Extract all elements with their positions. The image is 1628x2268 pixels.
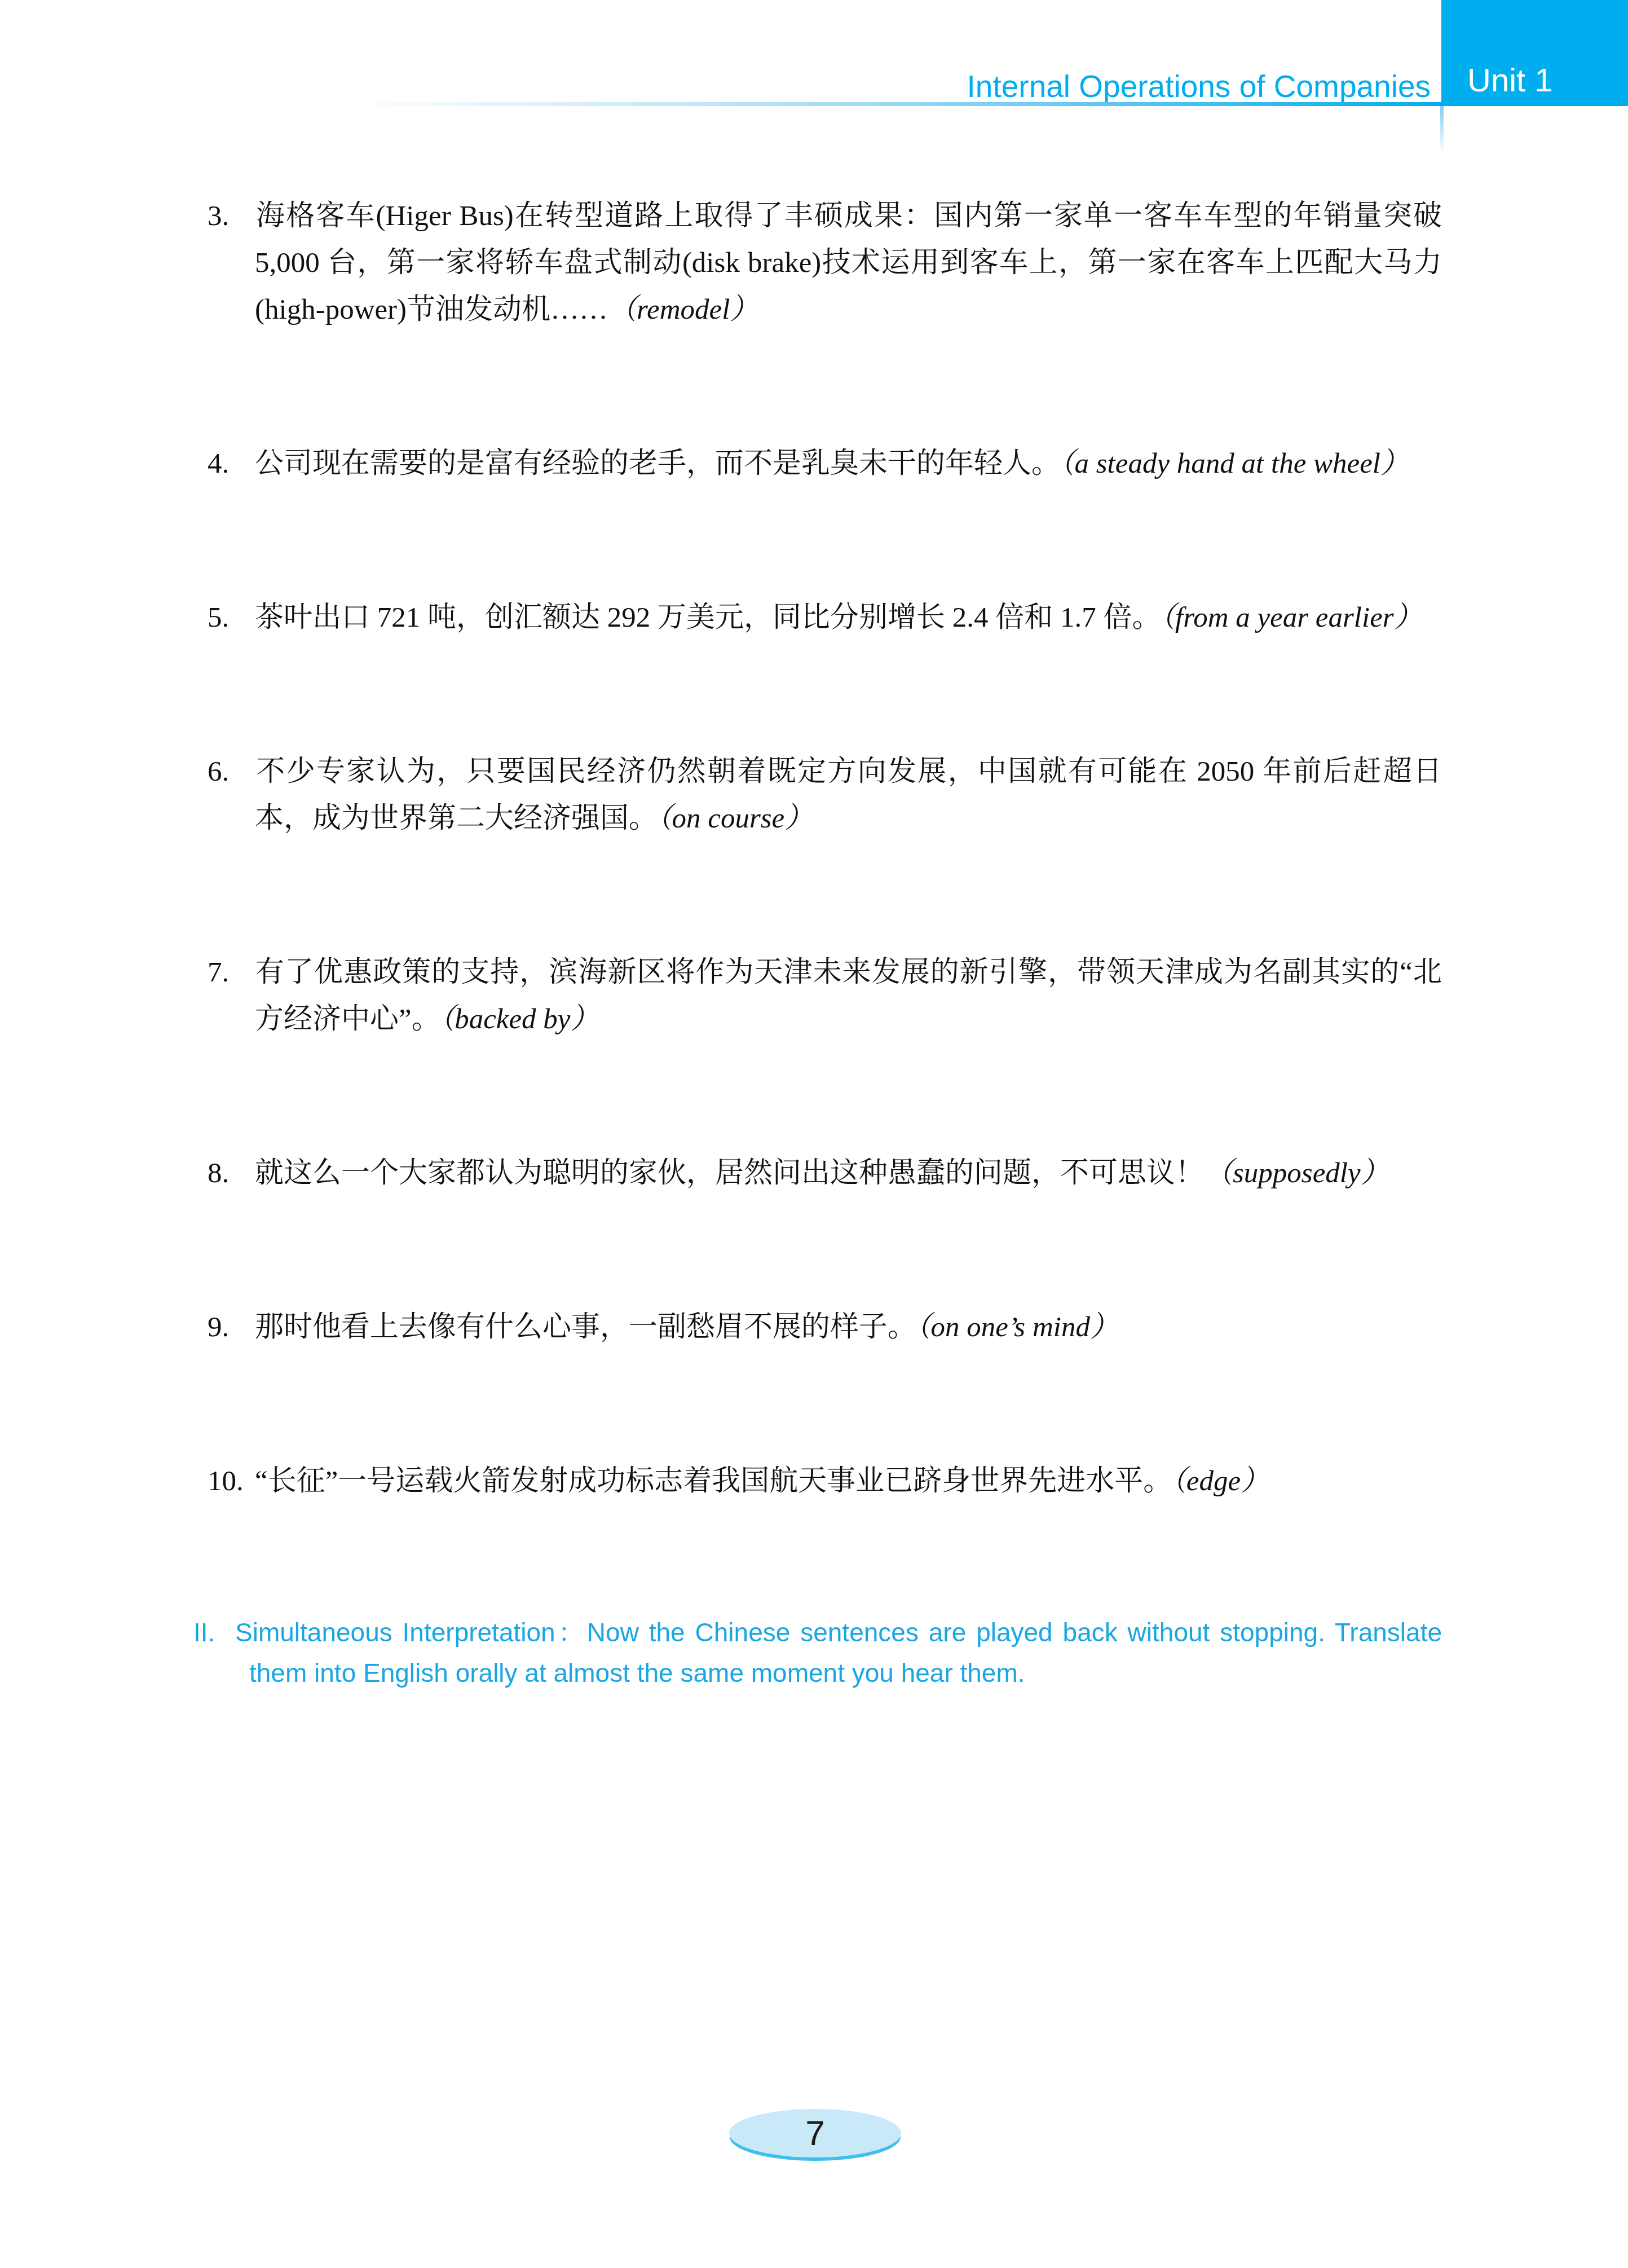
section-ii-instruction: II.Simultaneous Interpretation：Now the C… — [193, 1612, 1442, 1693]
item-number: 3. — [208, 193, 255, 240]
item-chinese-text: 茶叶出口 721 吨，创汇额达 292 万美元，同比分别增长 2.4 倍和 1.… — [255, 602, 1161, 633]
page-header-title: Internal Operations of Companies — [0, 71, 1431, 102]
exercise-item: 6.不少专家认为，只要国民经济仍然朝着既定方向发展，中国就有可能在 2050 年… — [208, 748, 1442, 842]
unit-tab-tail-line — [1440, 106, 1444, 154]
exercise-item-list: 3.海格客车(Higer Bus)在转型道路上取得了丰硕成果：国内第一家单一客车… — [208, 193, 1442, 1505]
item-english-hint: （from a year earlier） — [1161, 602, 1423, 633]
item-chinese-text: 不少专家认为，只要国民经济仍然朝着既定方向发展，中国就有可能在 2050 年前后… — [255, 756, 1442, 834]
item-chinese-text: 海格客车(Higer Bus)在转型道路上取得了丰硕成果：国内第一家单一客车车型… — [255, 200, 1442, 325]
item-english-hint: （on course） — [658, 803, 813, 834]
textbook-page: Internal Operations of Companies Unit 1 … — [0, 0, 1628, 2268]
exercise-item: 8.就这么一个大家都认为聪明的家伙，居然问出这种愚蠢的问题，不可思议！（supp… — [208, 1150, 1442, 1197]
item-chinese-text: 有了优惠政策的支持，滨海新区将作为天津未来发展的新引擎，带领天津成为名副其实的“… — [255, 957, 1442, 1035]
item-number: 7. — [208, 949, 255, 996]
exercise-item: 5.茶叶出口 721 吨，创汇额达 292 万美元，同比分别增长 2.4 倍和 … — [208, 594, 1442, 641]
item-number: 10. — [208, 1458, 255, 1505]
item-english-hint: （backed by） — [440, 1003, 599, 1035]
section-ii-text: Simultaneous Interpretation：Now the Chin… — [235, 1618, 1442, 1688]
exercise-item: 9.那时他看上去像有什么心事，一副愁眉不展的样子。（on one’s mind） — [208, 1304, 1442, 1351]
unit-tab: Unit 1 — [1441, 0, 1628, 106]
item-english-hint: （a steady hand at the wheel） — [1060, 448, 1409, 479]
item-english-hint: （remodel） — [608, 294, 758, 325]
exercise-item: 4.公司现在需要的是富有经验的老手，而不是乳臭未干的年轻人。（a steady … — [208, 441, 1442, 487]
item-english-hint: （edge） — [1172, 1465, 1269, 1497]
item-chinese-text: “长征”一号运载火箭发射成功标志着我国航天事业已跻身世界先进水平。 — [255, 1465, 1172, 1497]
exercise-item: 7.有了优惠政策的支持，滨海新区将作为天津未来发展的新引擎，带领天津成为名副其实… — [208, 949, 1442, 1043]
page-number-oval: 7 — [729, 2109, 901, 2157]
unit-tab-label: Unit 1 — [1467, 64, 1553, 97]
item-english-hint: （on one’s mind） — [916, 1311, 1119, 1343]
item-chinese-text: 那时他看上去像有什么心事，一副愁眉不展的样子。 — [255, 1311, 916, 1343]
item-chinese-text: 公司现在需要的是富有经验的老手，而不是乳臭未干的年轻人。 — [255, 448, 1060, 479]
page-number: 7 — [805, 2113, 824, 2154]
header-rule — [350, 102, 1441, 106]
exercise-item: 3.海格客车(Higer Bus)在转型道路上取得了丰硕成果：国内第一家单一客车… — [208, 193, 1442, 333]
item-number: 5. — [208, 594, 255, 641]
exercise-item: 10.“长征”一号运载火箭发射成功标志着我国航天事业已跻身世界先进水平。（edg… — [208, 1458, 1442, 1505]
item-number: 6. — [208, 748, 255, 795]
section-ii-marker: II. — [193, 1612, 235, 1653]
item-english-hint: （supposedly） — [1204, 1157, 1389, 1189]
item-chinese-text: 就这么一个大家都认为聪明的家伙，居然问出这种愚蠢的问题，不可思议！ — [255, 1157, 1204, 1189]
item-number: 4. — [208, 441, 255, 487]
item-number: 8. — [208, 1150, 255, 1197]
exercise-content: 3.海格客车(Higer Bus)在转型道路上取得了丰硕成果：国内第一家单一客车… — [208, 193, 1442, 1693]
item-number: 9. — [208, 1304, 255, 1351]
